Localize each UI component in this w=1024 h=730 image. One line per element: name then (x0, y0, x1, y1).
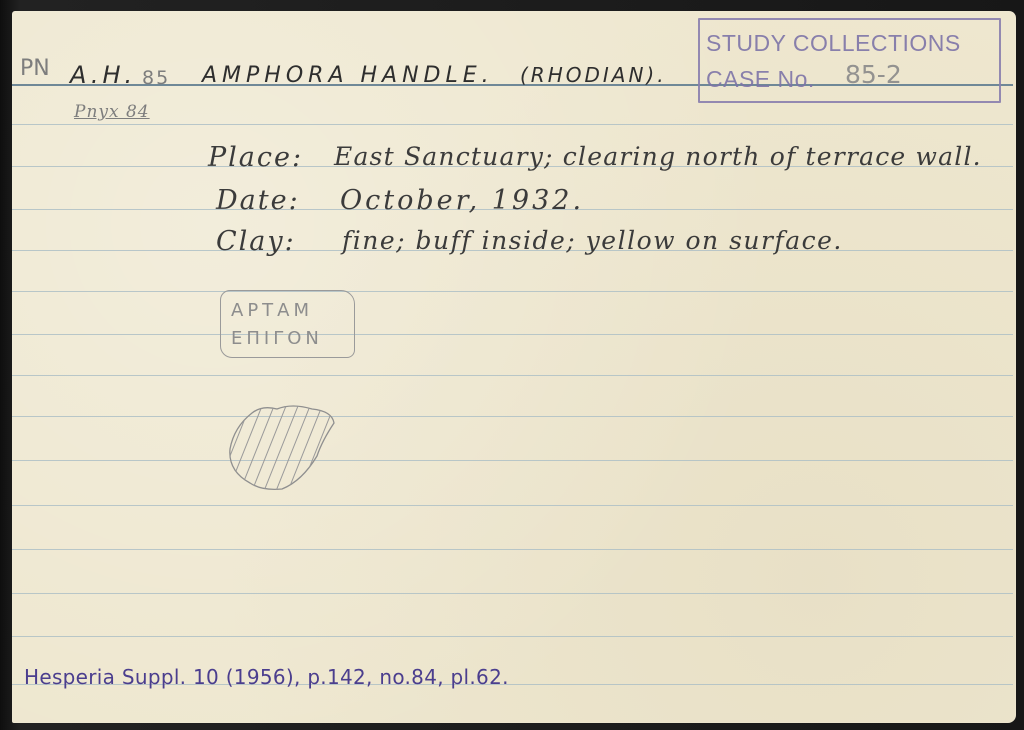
ruled-line (12, 334, 1013, 335)
ruled-line (12, 636, 1013, 637)
ruled-line (12, 291, 1013, 292)
field-value-date: October, 1932. (340, 187, 584, 214)
ruled-line (12, 124, 1013, 125)
ruled-line (12, 416, 1013, 417)
field-label-clay: Clay: (216, 228, 296, 255)
pn-prefix: PN (20, 58, 50, 80)
field-label-place: Place: (208, 144, 303, 171)
object-qualifier: (RHODIAN). (520, 65, 667, 85)
inventory-number: 85 (142, 69, 170, 88)
index-card: PN A.H. 85 AMPHORA HANDLE. (RHODIAN). Pn… (12, 11, 1016, 723)
stamp-title: STUDY COLLECTIONS (706, 30, 961, 57)
ruled-line (12, 375, 1013, 376)
handle-section-sketch-icon (222, 401, 352, 501)
impression-line-2: ΕΠΙΓΟΝ (231, 328, 323, 349)
bibliography-reference: Hesperia Suppl. 10 (1956), p.142, no.84,… (24, 665, 509, 689)
ruled-line (12, 505, 1013, 506)
handle-stamp-impression: ΑΡΤΑΜ ΕΠΙΓΟΝ (220, 290, 355, 358)
object-name: AMPHORA HANDLE. (202, 65, 494, 87)
scanned-card-background: PN A.H. 85 AMPHORA HANDLE. (RHODIAN). Pn… (0, 0, 1024, 730)
ruled-line (12, 549, 1013, 550)
ruled-line (12, 593, 1013, 594)
field-value-clay: fine; buff inside; yellow on surface. (342, 228, 843, 253)
field-label-date: Date: (216, 187, 300, 214)
study-collections-stamp: STUDY COLLECTIONS CASE No. 85-2 (698, 18, 1001, 103)
field-value-place: East Sanctuary; clearing north of terrac… (334, 144, 982, 169)
ruled-line (12, 460, 1013, 461)
cross-reference: Pnyx 84 (74, 104, 150, 121)
stamp-case-label: CASE No. (706, 66, 815, 93)
stamp-case-number: 85-2 (845, 60, 902, 89)
impression-line-1: ΑΡΤΑΜ (231, 300, 313, 321)
inventory-letters: A.H. (70, 63, 136, 87)
